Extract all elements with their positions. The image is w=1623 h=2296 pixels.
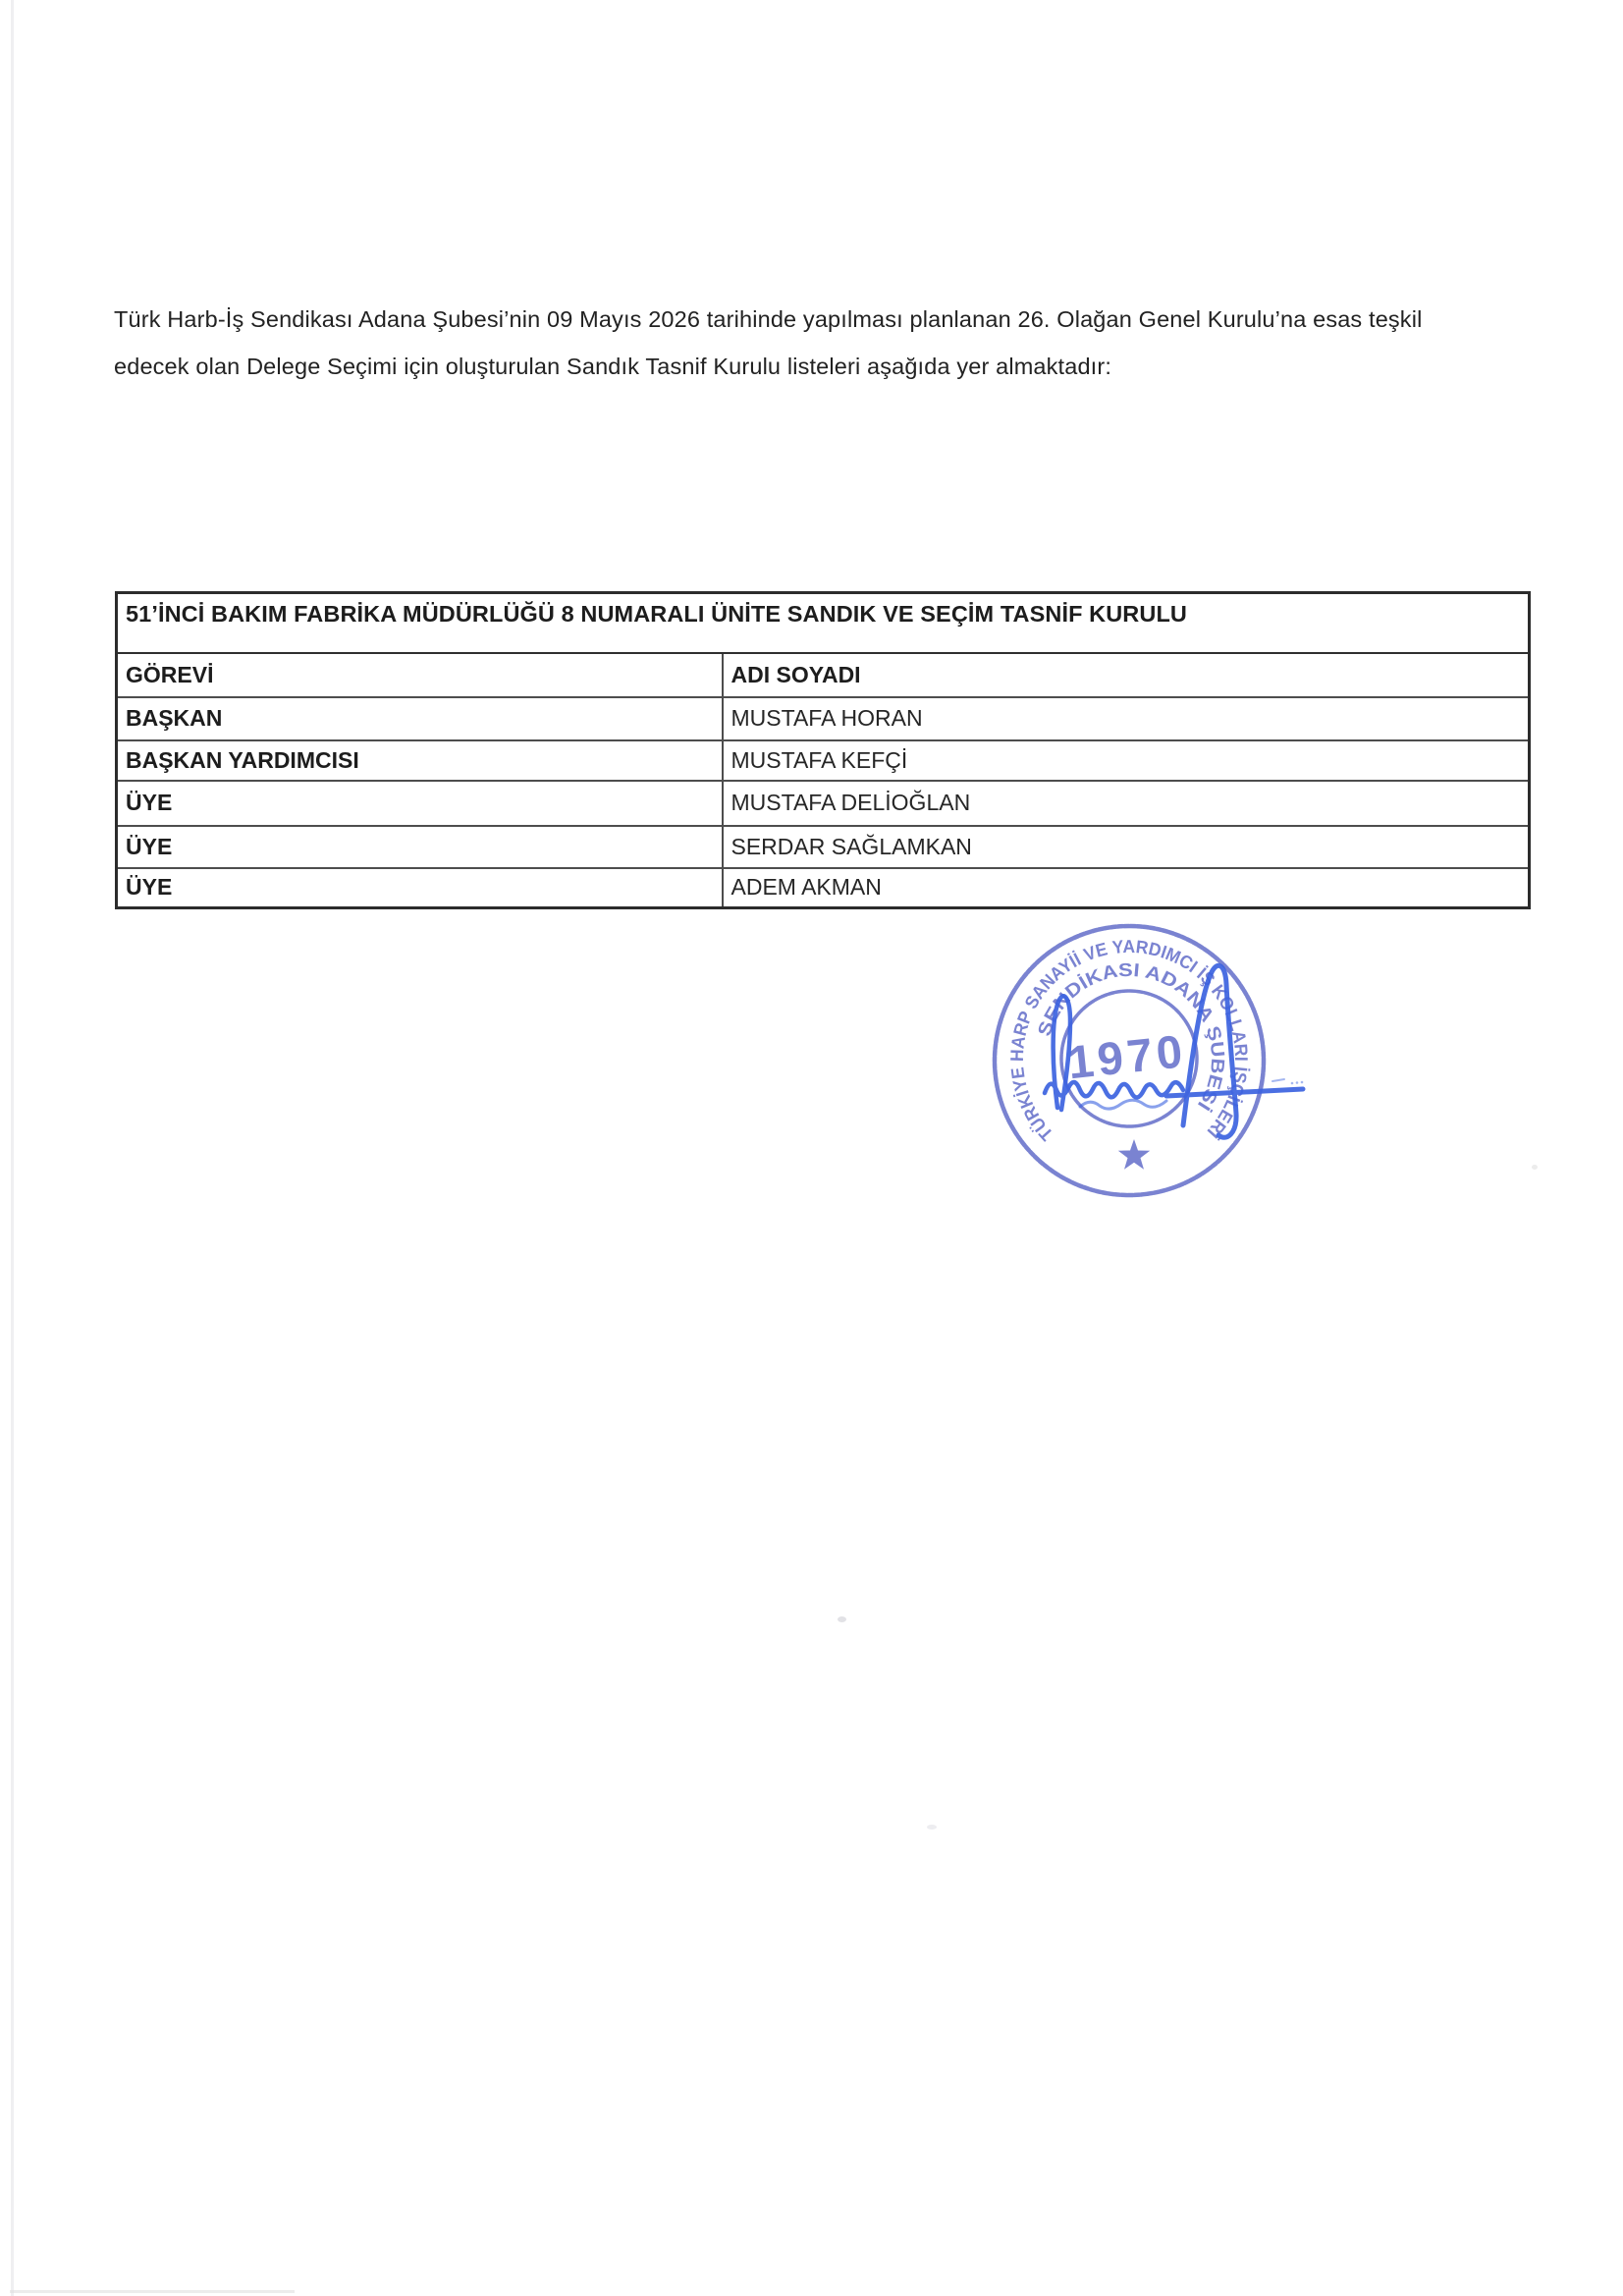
union-seal-stamp: TÜRKİYE HARP SANAYİİ VE YARDIMCI İŞ KOLL… [962, 903, 1492, 1237]
table-header-row: GÖREVİ ADI SOYADI [117, 653, 1530, 697]
name-cell: ADEM AKMAN [723, 868, 1530, 908]
table-row: ÜYE SERDAR SAĞLAMKAN [117, 826, 1530, 868]
intro-paragraph: Türk Harb-İş Sendikası Adana Şubesi’nin … [114, 297, 1490, 390]
signature-faint-dash [1272, 1079, 1284, 1081]
name-cell: MUSTAFA HORAN [723, 697, 1530, 740]
table-row: BAŞKAN MUSTAFA HORAN [117, 697, 1530, 740]
column-header-adi-soyadi: ADI SOYADI [723, 653, 1530, 697]
role-cell: ÜYE [117, 868, 723, 908]
signature-scribble-echo [1080, 1100, 1166, 1109]
signature-faint-dot [1291, 1082, 1294, 1085]
role-cell: ÜYE [117, 781, 723, 826]
star-icon [1118, 1139, 1150, 1170]
scan-speck [927, 1825, 937, 1830]
table-row: BAŞKAN YARDIMCISI MUSTAFA KEFÇİ [117, 740, 1530, 781]
scanned-document-page: Türk Harb-İş Sendikası Adana Şubesi’nin … [0, 0, 1623, 2296]
table-title: 51’İNCİ BAKIM FABRİKA MÜDÜRLÜĞÜ 8 NUMARA… [117, 593, 1530, 653]
name-cell: SERDAR SAĞLAMKAN [723, 826, 1530, 868]
name-cell: MUSTAFA DELİOĞLAN [723, 781, 1530, 826]
role-cell: BAŞKAN [117, 697, 723, 740]
name-cell: MUSTAFA KEFÇİ [723, 740, 1530, 781]
table-row: ÜYE MUSTAFA DELİOĞLAN [117, 781, 1530, 826]
stamp-year: 1970 [1065, 1024, 1188, 1088]
table-title-row: 51’İNCİ BAKIM FABRİKA MÜDÜRLÜĞÜ 8 NUMARA… [117, 593, 1530, 653]
signature-faint-dot [1296, 1081, 1299, 1084]
role-cell: ÜYE [117, 826, 723, 868]
signature-faint-dot [1301, 1081, 1304, 1084]
role-cell: BAŞKAN YARDIMCISI [117, 740, 723, 781]
sandik-tasnif-kurulu-table: 51’İNCİ BAKIM FABRİKA MÜDÜRLÜĞÜ 8 NUMARA… [115, 591, 1531, 909]
scan-artifact-bottom-edge [10, 2290, 295, 2293]
scan-speck [1532, 1165, 1538, 1170]
table-row: ÜYE ADEM AKMAN [117, 868, 1530, 908]
scan-speck [838, 1616, 846, 1622]
scan-artifact-left-edge [11, 0, 14, 2296]
column-header-gorevi: GÖREVİ [117, 653, 723, 697]
